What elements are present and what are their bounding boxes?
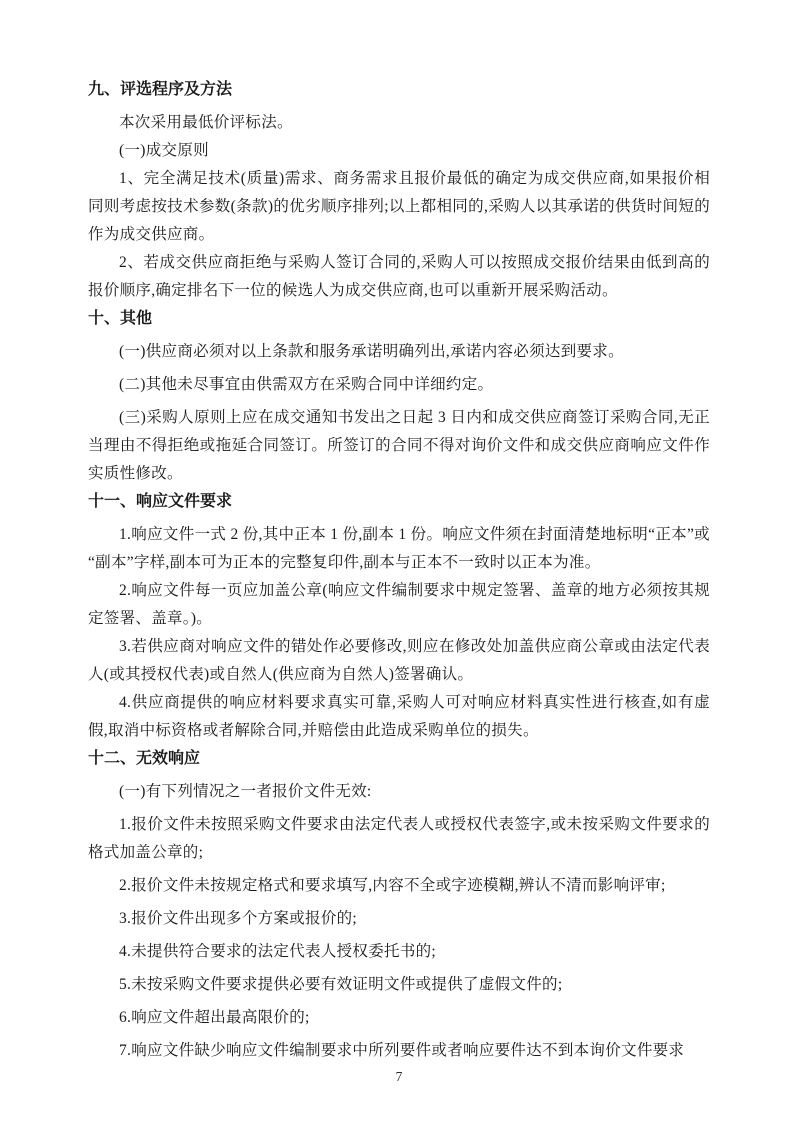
paragraph: 2.响应文件每一页应加盖公章(响应文件编制要求中规定签署、盖章的地方必须按其规定… [88,577,710,633]
paragraph: 4.未提供符合要求的法定代表人授权委托书的; [88,938,710,966]
section-heading-evaluation-procedure: 九、评选程序及方法 [88,76,710,104]
paragraph: (一)成交原则 [88,137,710,165]
page-footer: 7 [88,1068,710,1086]
paragraph: (一)有下列情况之一者报价文件无效: [88,778,710,806]
paragraph: 5.未按采购文件要求提供必要有效证明文件或提供了虚假文件的; [88,971,710,999]
section-heading-invalid-response: 十二、无效响应 [88,745,710,773]
paragraph: 3.报价文件出现多个方案或报价的; [88,905,710,933]
paragraph: 4.供应商提供的响应材料要求真实可靠,采购人可对响应材料真实性进行核查,如有虚假… [88,689,710,745]
paragraph: 7.响应文件缺少响应文件编制要求中所列要件或者响应要件达不到本询价文件要求 [88,1037,710,1065]
section-others: 十、其他 (一)供应商必须对以上条款和服务承诺明确列出,承诺内容必须达到要求。 … [88,305,710,488]
section-heading-others: 十、其他 [88,305,710,333]
paragraph: 本次采用最低价评标法。 [88,109,710,137]
section-invalid-response: 十二、无效响应 (一)有下列情况之一者报价文件无效: 1.报价文件未按照采购文件… [88,745,710,1065]
paragraph: 6.响应文件超出最高限价的; [88,1004,710,1032]
section-evaluation-procedure: 九、评选程序及方法 本次采用最低价评标法。 (一)成交原则 1、完全满足技术(质… [88,76,710,305]
paragraph: 1.响应文件一式 2 份,其中正本 1 份,副本 1 份。响应文件须在封面清楚地… [88,521,710,577]
paragraph: 3.若供应商对响应文件的错处作必要修改,则应在修改处加盖供应商公章或由法定代表人… [88,633,710,689]
paragraph: 2.报价文件未按规定格式和要求填写,内容不全或字迹模糊,辨认不清而影响评审; [88,872,710,900]
paragraph: (二)其他未尽事宜由供需双方在采购合同中详细约定。 [88,371,710,399]
section-heading-response-document-requirements: 十一、响应文件要求 [88,488,710,516]
document-page: 九、评选程序及方法 本次采用最低价评标法。 (一)成交原则 1、完全满足技术(质… [0,0,794,1122]
page-number: 7 [396,1069,403,1084]
paragraph: 2、若成交供应商拒绝与采购人签订合同的,采购人可以按照成交报价结果由低到高的报价… [88,249,710,305]
paragraph: (三)采购人原则上应在成交通知书发出之日起 3 日内和成交供应商签订采购合同,无… [88,404,710,488]
paragraph: 1.报价文件未按照采购文件要求由法定代表人或授权代表签字,或未按采购文件要求的格… [88,811,710,867]
paragraph: (一)供应商必须对以上条款和服务承诺明确列出,承诺内容必须达到要求。 [88,338,710,366]
section-response-document-requirements: 十一、响应文件要求 1.响应文件一式 2 份,其中正本 1 份,副本 1 份。响… [88,488,710,745]
paragraph: 1、完全满足技术(质量)需求、商务需求且报价最低的确定为成交供应商,如果报价相同… [88,165,710,249]
